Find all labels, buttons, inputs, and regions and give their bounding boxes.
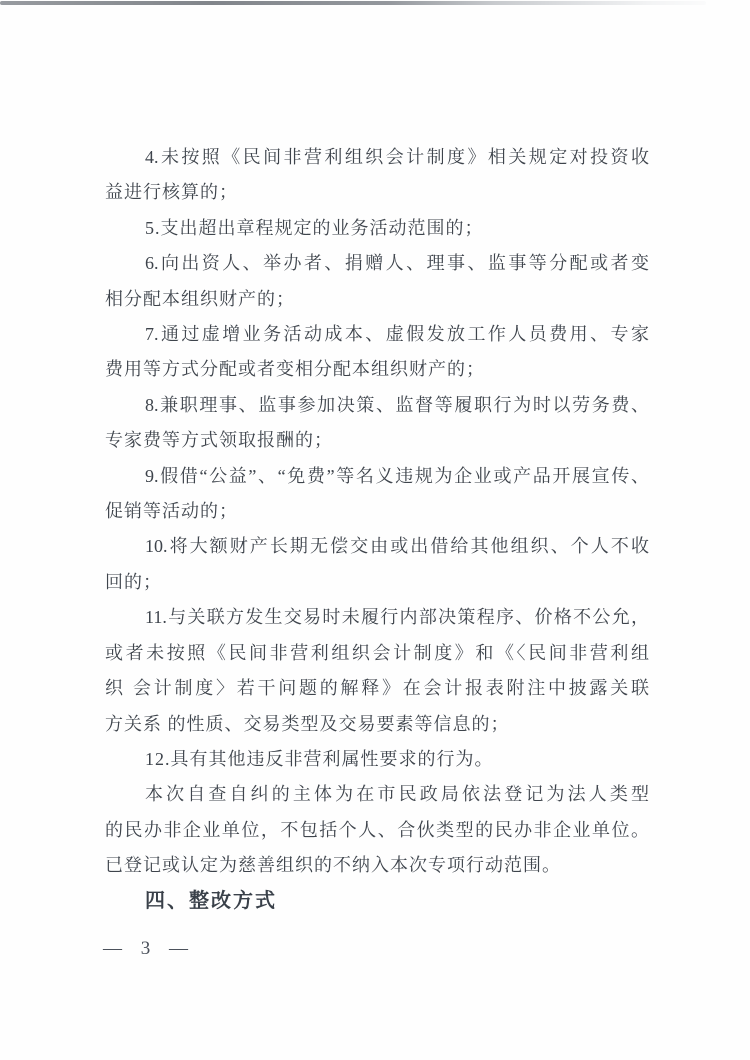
doc-line: 本次自查自纠的主体为在市民政局依法登记为法人类型 [105,777,649,812]
doc-line: 7.通过虚增业务活动成本、虚假发放工作人员费用、专家 [105,317,649,352]
doc-line: 相分配本组织财产的； [105,282,649,317]
doc-line: 已登记或认定为慈善组织的不纳入本次专项行动范围。 [105,848,649,883]
doc-line: 4.未按照《民间非营利组织会计制度》相关规定对投资收 [105,140,649,175]
doc-line: 费用等方式分配或者变相分配本组织财产的； [105,352,649,387]
doc-line: 12.具有其他违反非营利属性要求的行为。 [105,742,649,777]
doc-line: 5.支出超出章程规定的业务活动范围的； [105,211,649,246]
doc-line: 回的； [105,565,649,600]
doc-line: 8.兼职理事、监事参加决策、监督等履职行为时以劳务费、 [105,388,649,423]
doc-line: 专家费等方式领取报酬的； [105,423,649,458]
section-heading: 四、整改方式 [105,884,649,919]
document-body: 4.未按照《民间非营利组织会计制度》相关规定对投资收 益进行核算的； 5.支出超… [105,140,649,919]
doc-line: 9.假借“公益”、“免费”等名义违规为企业或产品开展宣传、 [105,459,649,494]
doc-line: 6.向出资人、举办者、捐赠人、理事、监事等分配或者变 [105,246,649,281]
doc-line: 方关系 的性质、交易类型及交易要素等信息的； [105,707,649,742]
doc-line: 益进行核算的； [105,175,649,210]
doc-line: 织 会计制度〉若干问题的解释》在会计报表附注中披露关联 [105,671,649,706]
page-number: — 3 — [103,938,195,960]
doc-line: 的民办非企业单位，不包括个人、合伙类型的民办非企业单位。 [105,813,649,848]
doc-line: 11.与关联方发生交易时未履行内部决策程序、价格不公允， [105,600,649,635]
doc-line: 或者未按照《民间非营利组织会计制度》和《〈民间非营利组 [105,636,649,671]
doc-line: 促销等活动的； [105,494,649,529]
scan-artifact-top [0,1,706,5]
doc-line: 10.将大额财产长期无偿交由或出借给其他组织、个人不收 [105,529,649,564]
